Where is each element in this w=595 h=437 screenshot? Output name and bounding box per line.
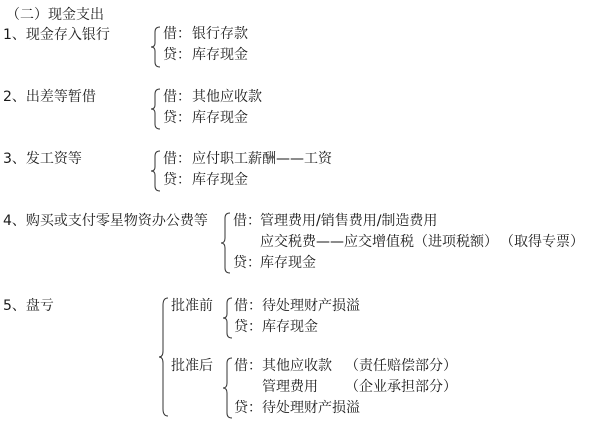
brace-icon (220, 212, 232, 274)
item-3-debit: 应付职工薪酬——工资 (192, 150, 332, 168)
after-debit-note: （责任赔偿部分） (345, 357, 457, 375)
item-3-credit-label: 贷： (163, 171, 191, 189)
item-2-credit: 库存现金 (192, 109, 248, 127)
brace-icon (222, 297, 234, 339)
brace-icon (150, 88, 162, 130)
item-4-credit-label: 贷： (233, 254, 261, 272)
item-2-title: 2、出差等暂借 (3, 88, 96, 106)
after-credit-label: 贷： (234, 399, 262, 417)
after-debit-2-note: （企业承担部分） (345, 378, 457, 396)
brace-icon (150, 150, 162, 192)
after-debit: 其他应收款 (262, 357, 332, 375)
item-4-debit-2-note: （取得专票） (500, 233, 584, 251)
item-5-title: 5、盘亏 (3, 297, 54, 315)
after-debit-2: 管理费用 (262, 378, 318, 396)
item-1-debit-label: 借： (163, 25, 191, 43)
item-4-debit-label: 借： (233, 212, 261, 230)
item-1-credit-label: 贷： (163, 46, 191, 64)
item-1-debit: 银行存款 (192, 25, 248, 43)
before-debit: 待处理财产损溢 (262, 297, 360, 315)
item-3-title: 3、发工资等 (3, 150, 82, 168)
item-4-title: 4、购买或支付零星物资办公费等 (3, 212, 208, 230)
item-3-credit: 库存现金 (192, 171, 248, 189)
approval-after-label: 批准后 (171, 357, 213, 375)
section-title: （二）现金支出 (6, 6, 104, 24)
item-1-title: 1、现金存入银行 (3, 26, 110, 44)
item-2-debit-label: 借： (163, 88, 191, 106)
before-credit: 库存现金 (262, 318, 318, 336)
item-2-debit: 其他应收款 (192, 88, 262, 106)
before-debit-label: 借： (234, 297, 262, 315)
item-4-debit: 管理费用/销售费用/制造费用 (260, 212, 437, 230)
outer-brace-icon (158, 297, 170, 417)
before-credit-label: 贷： (234, 318, 262, 336)
brace-icon (150, 26, 162, 68)
item-4-credit: 库存现金 (260, 254, 316, 272)
item-2-credit-label: 贷： (163, 109, 191, 127)
brace-icon (222, 357, 234, 419)
approval-before-label: 批准前 (171, 297, 213, 315)
after-credit: 待处理财产损溢 (262, 399, 360, 417)
item-1-credit: 库存现金 (192, 46, 248, 64)
after-debit-label: 借： (234, 357, 262, 375)
item-3-debit-label: 借： (163, 150, 191, 168)
item-4-debit-2: 应交税费——应交增值税（进项税额） (260, 233, 498, 251)
